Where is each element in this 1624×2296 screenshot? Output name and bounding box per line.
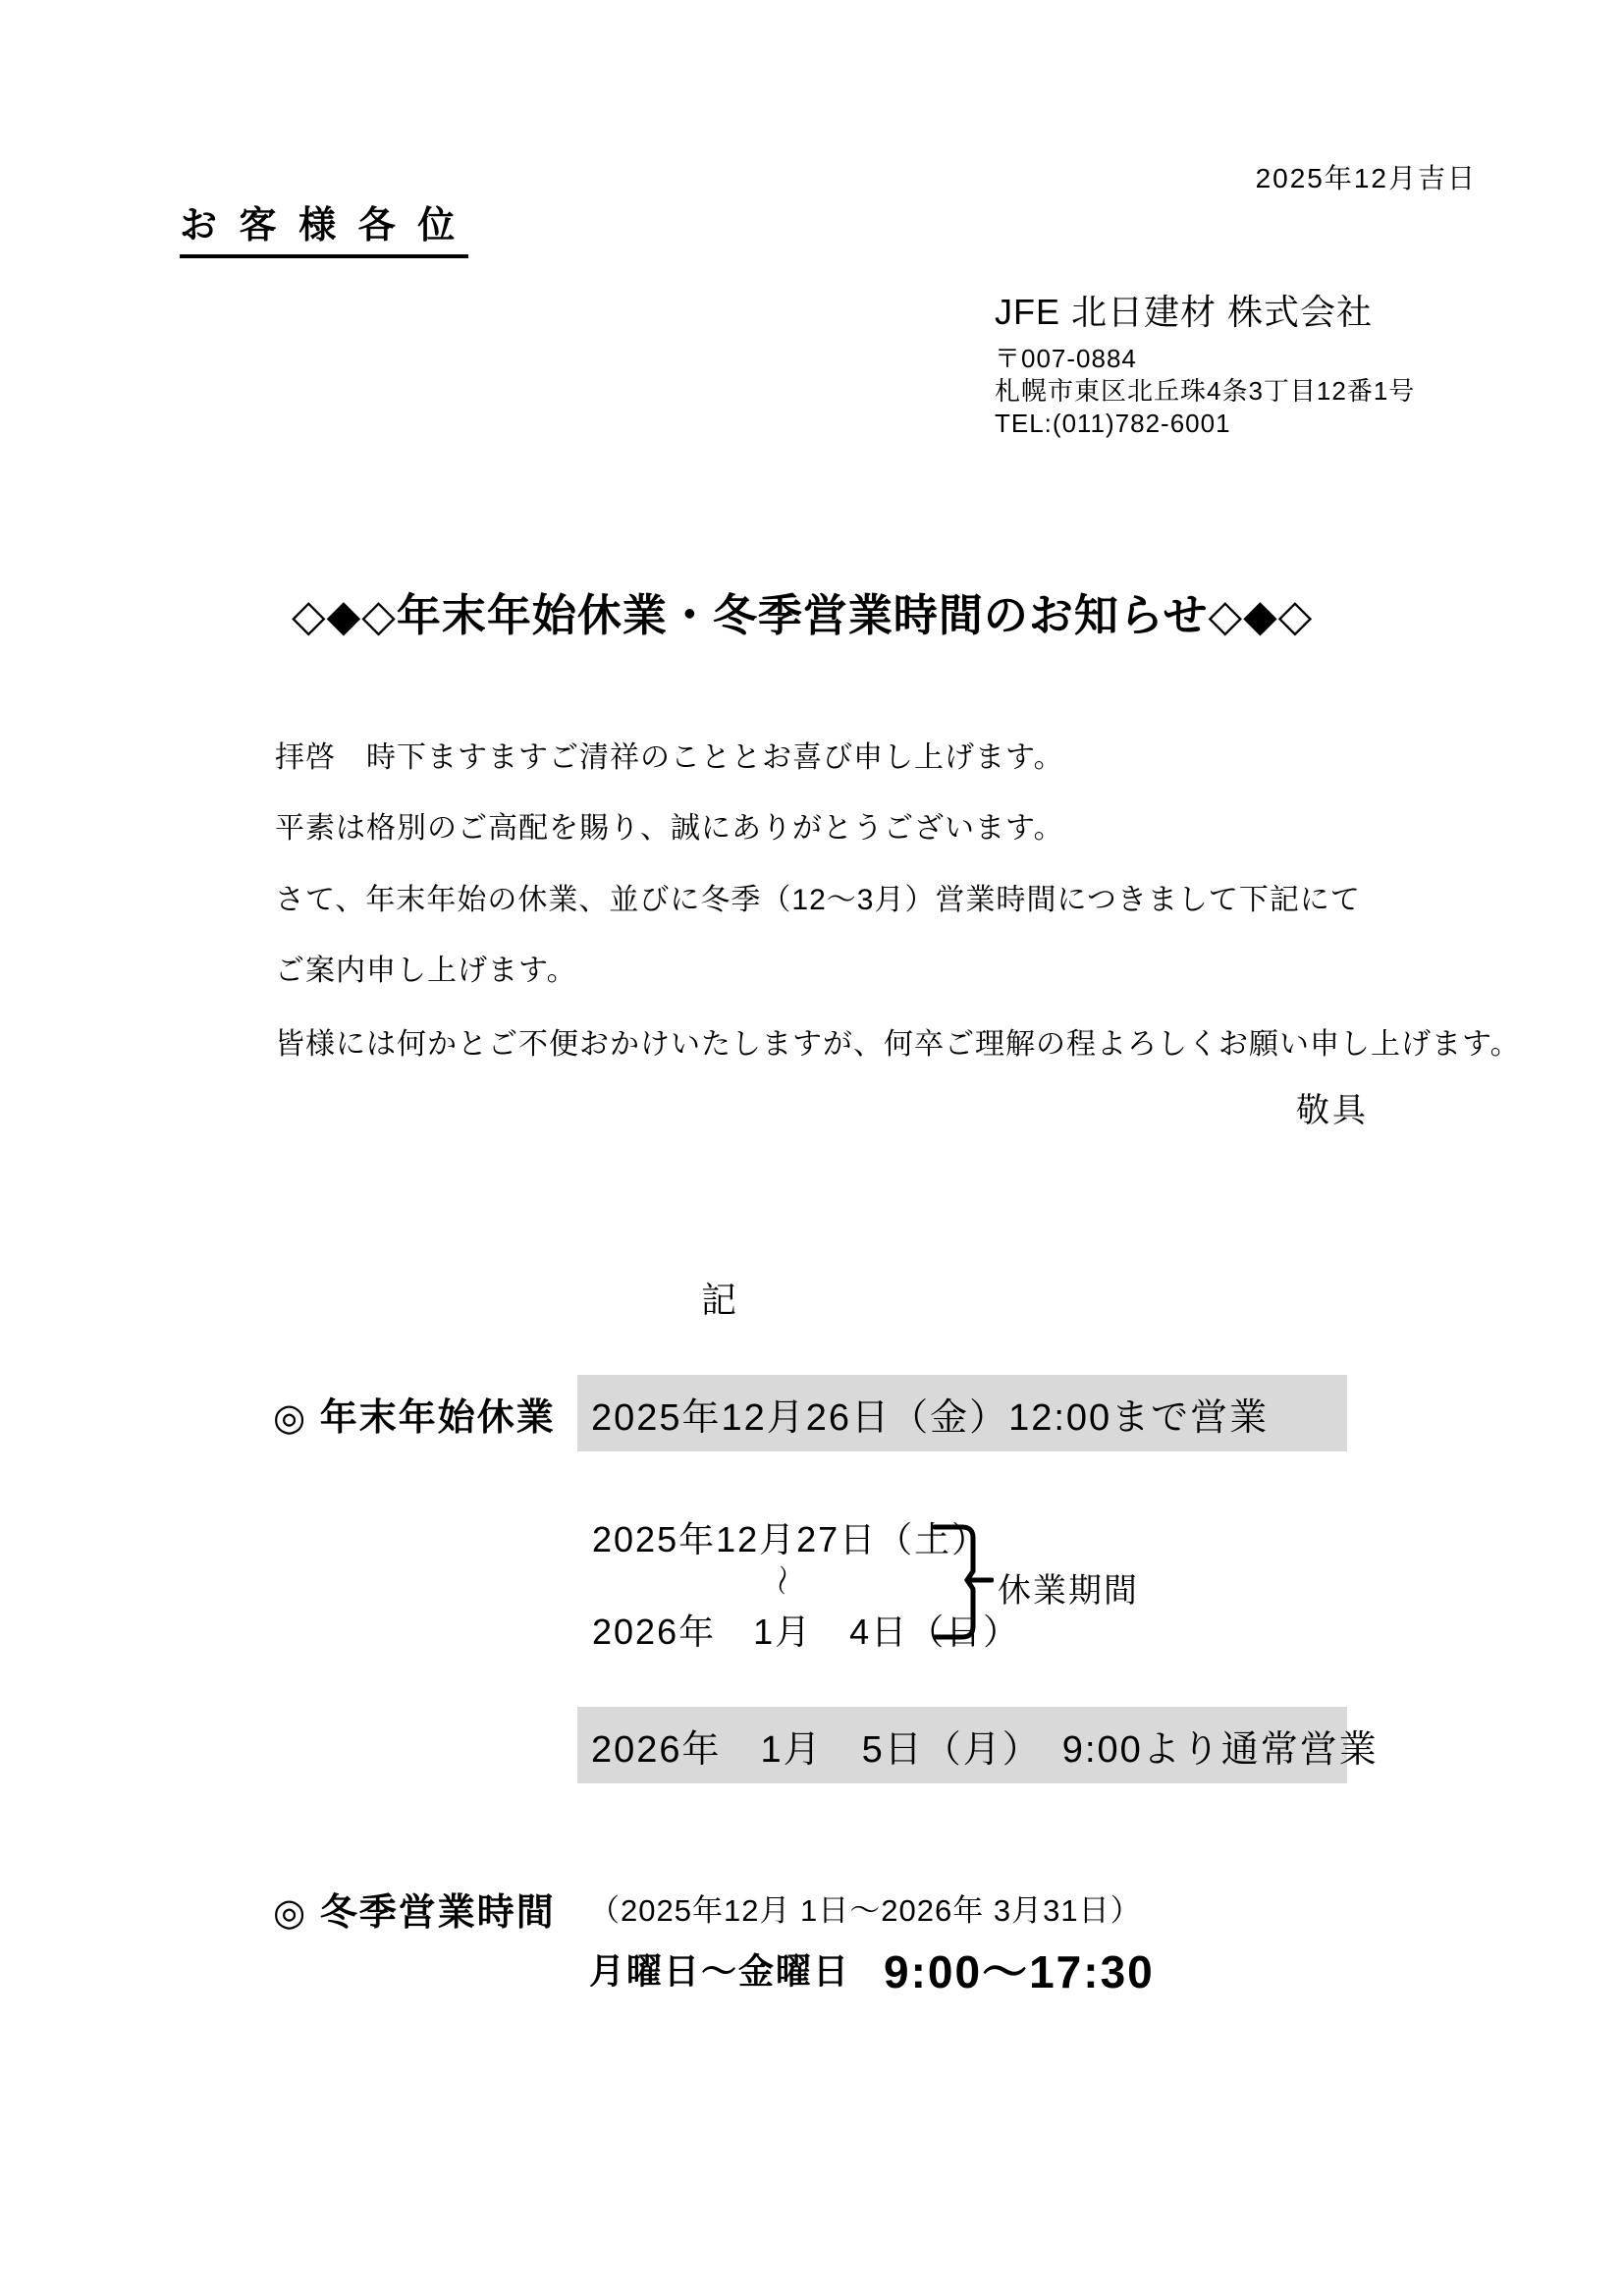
winter-period-text: （2025年12月 1日～2026年 3月31日） [589, 1886, 1142, 1930]
body-line: 拝啓 時下ますますご清祥のこととお喜び申し上げます。 [275, 733, 1064, 776]
sender-block: JFE 北日建材 株式会社 〒007-0884 札幌市東区北丘珠4条3丁目12番… [995, 285, 1415, 440]
closing-word: 敬具 [1296, 1083, 1369, 1131]
tilde-mark: 〜 [761, 1564, 806, 1596]
notice-title: ◇◆◇年末年始休業・冬季営業時間のお知らせ◇◆◇ [292, 579, 1313, 643]
yearend-section-label: ◎ 年末年始休業 [273, 1387, 556, 1441]
address-line: 札幌市東区北丘珠4条3丁目12番1号 [995, 375, 1415, 408]
resume-business-highlight: 2026年 1月 5日（月） 9:00より通常営業 [577, 1707, 1347, 1783]
closed-period-label: 休業期間 [998, 1563, 1139, 1612]
resume-business-text: 2026年 1月 5日（月） 9:00より通常営業 [591, 1719, 1379, 1773]
last-business-day-text: 2025年12月26日（金）12:00まで営業 [591, 1387, 1269, 1441]
winter-hours-line: 月曜日～金曜日9:00～17:30 [589, 1937, 1155, 2001]
body-line: 皆様には何かとご不便おかけいたしますが、何卒ご理解の程よろしくお願い申し上げます… [275, 1019, 1521, 1063]
document-page: 2025年12月吉日 お 客 様 各 位 JFE 北日建材 株式会社 〒007-… [0, 0, 1624, 2296]
body-line: 平素は格別のご高配を賜り、誠にありがとうございます。 [275, 803, 1064, 847]
body-line: さて、年末年始の休業、並びに冬季（12～3月）営業時間につきまして下記にて [275, 875, 1361, 918]
record-mark: 記 [701, 1273, 736, 1323]
closed-from-date: 2025年12月27日（土） [592, 1512, 989, 1562]
addressee-heading: お 客 様 各 位 [180, 194, 468, 258]
closed-period-bracket [933, 1520, 994, 1644]
winter-hours-value: 9:00～17:30 [884, 1946, 1155, 1997]
document-date: 2025年12月吉日 [1256, 157, 1477, 196]
last-business-day-highlight: 2025年12月26日（金）12:00まで営業 [577, 1375, 1347, 1451]
winter-weekdays: 月曜日～金曜日 [589, 1951, 850, 1992]
body-line: ご案内申し上げます。 [275, 946, 577, 989]
company-name: JFE 北日建材 株式会社 [995, 285, 1415, 335]
winter-section-label: ◎ 冬季営業時間 [273, 1882, 556, 1936]
tel-line: TEL:(011)782-6001 [995, 408, 1415, 440]
postal-code: 〒007-0884 [995, 343, 1415, 375]
